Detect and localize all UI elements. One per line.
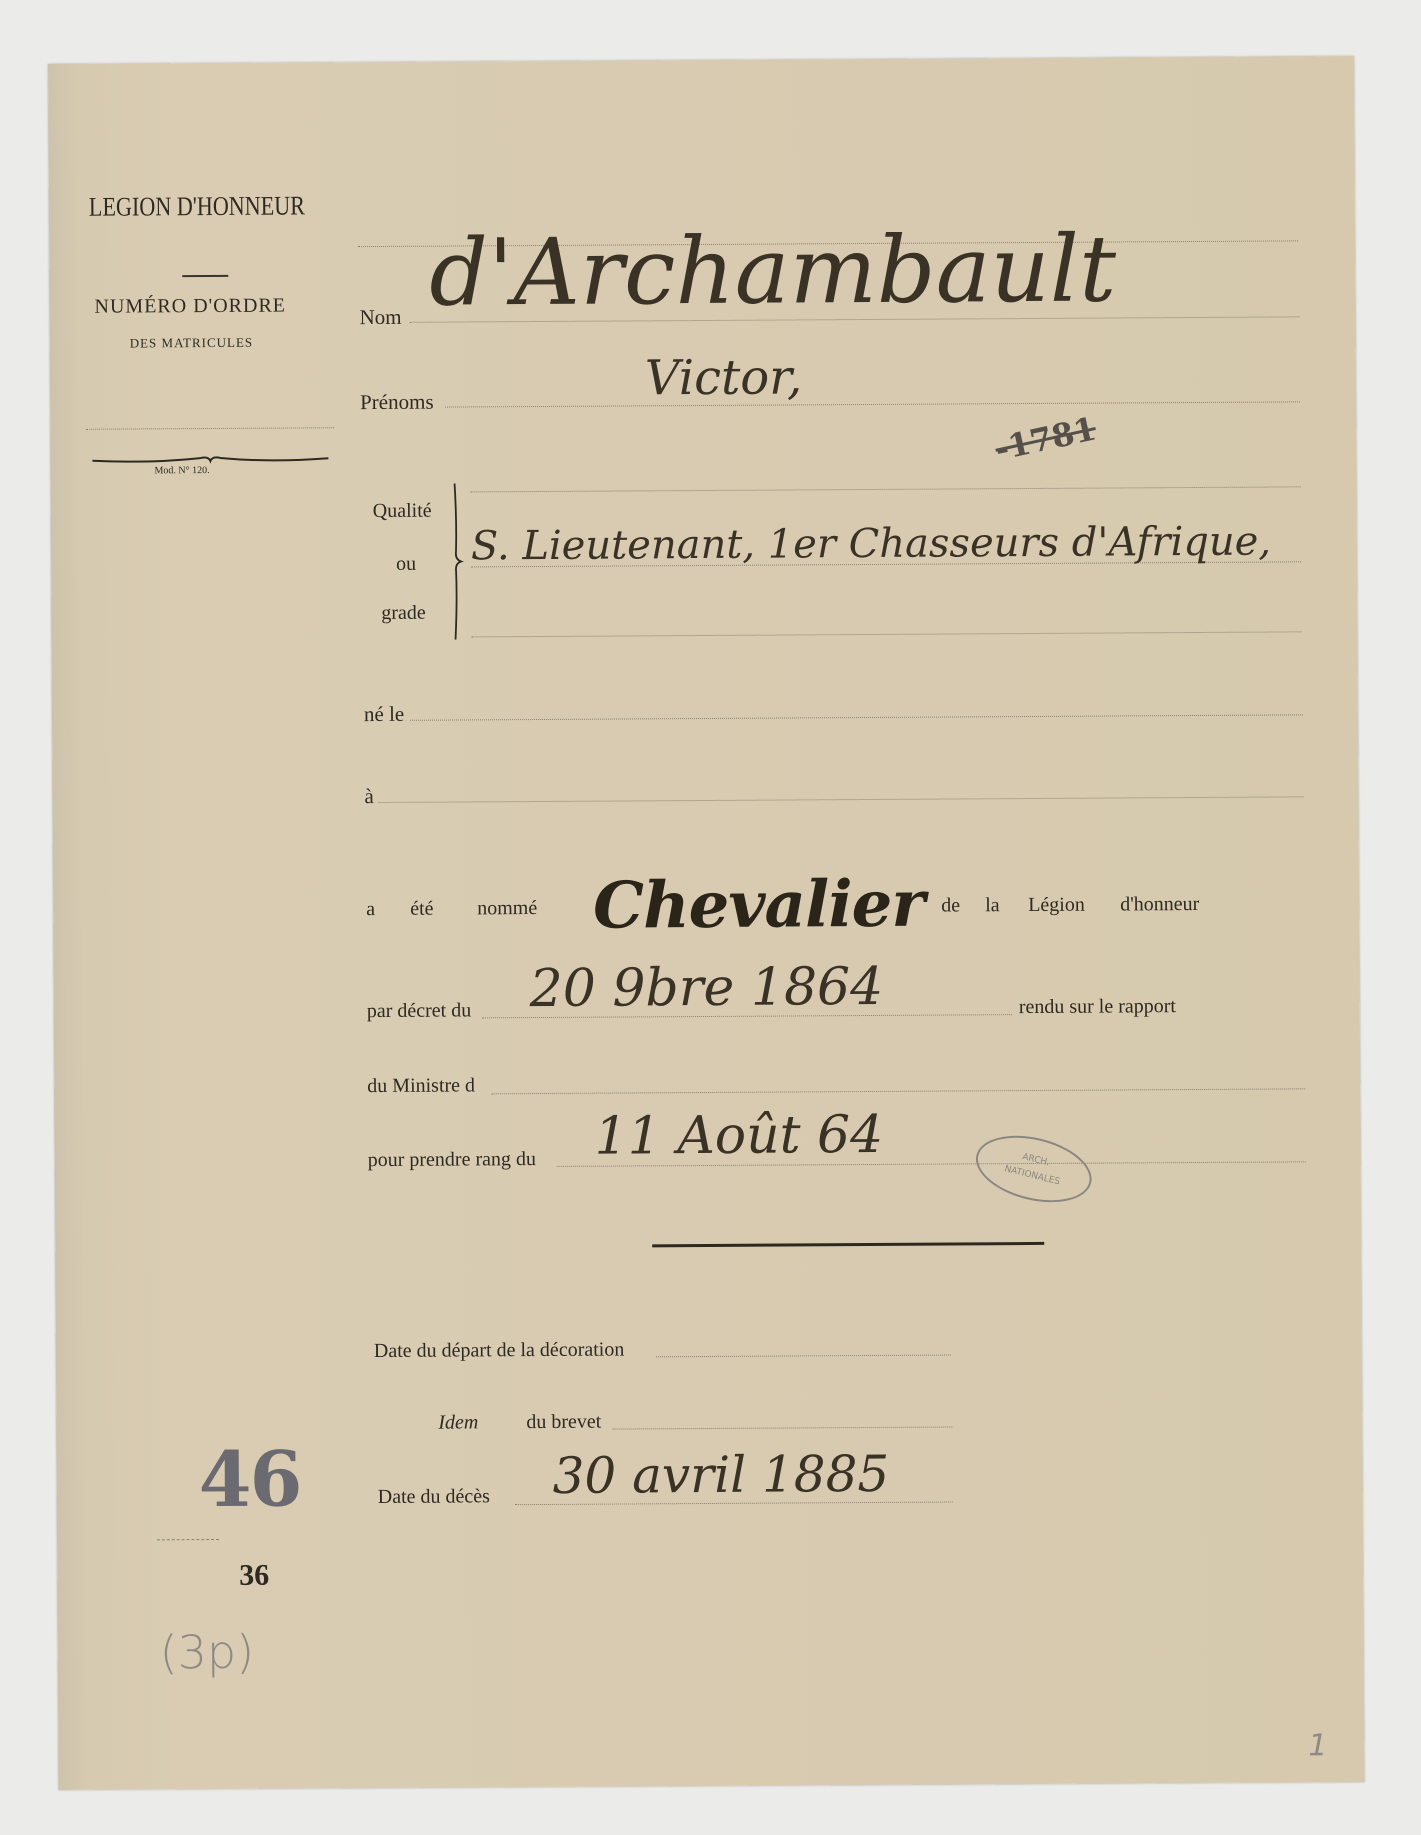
- nom-value[interactable]: d'Archambault: [429, 215, 1117, 326]
- a-field[interactable]: [379, 796, 1304, 803]
- idem-label: Idem: [438, 1411, 478, 1434]
- section-rule: [652, 1242, 1044, 1247]
- ministre-label: du Ministre d: [367, 1074, 475, 1098]
- rapport-label: rendu sur le rapport: [1019, 995, 1176, 1019]
- a-label: à: [364, 784, 373, 809]
- decret-label: par décret du: [367, 999, 472, 1023]
- qualite-top-line: [471, 486, 1301, 492]
- pencil-note: (3p): [160, 1625, 255, 1680]
- brevet-field[interactable]: [612, 1427, 952, 1430]
- depart-field[interactable]: [656, 1355, 951, 1358]
- page-number: 1: [1308, 1728, 1327, 1763]
- legion-word-legion: Légion: [1028, 894, 1085, 917]
- qualite-value[interactable]: S. Lieutenant, 1er Chasseurs d'Afrique,: [471, 519, 1271, 570]
- header-subtitle2: DES MATRICULES: [130, 335, 254, 352]
- nom-label: Nom: [359, 305, 401, 330]
- printed-number: 36: [239, 1559, 269, 1593]
- header-title: LEGION D'HONNEUR: [89, 190, 353, 223]
- prenoms-line: [445, 401, 1300, 407]
- archives-stamp: ARCH. NATIONALES: [969, 1125, 1098, 1213]
- deces-value[interactable]: 30 avril 1885: [552, 1445, 889, 1505]
- qualite-label: Qualité: [373, 500, 432, 523]
- grade-label: grade: [381, 602, 426, 625]
- header-subtitle: NUMÉRO D'ORDRE: [94, 295, 286, 319]
- depart-label: Date du départ de la décoration: [374, 1339, 625, 1364]
- rang-label: pour prendre rang du: [368, 1148, 536, 1172]
- ornament-rule-icon: [90, 452, 330, 465]
- header-number-line: [86, 427, 334, 430]
- header-title-text: LEGION D'HONNEUR: [89, 190, 305, 222]
- ne-le-field[interactable]: [410, 714, 1303, 720]
- deces-label: Date du décès: [378, 1485, 490, 1509]
- rank-title: Chevalier: [593, 867, 924, 944]
- document-sheet: LEGION D'HONNEUR NUMÉRO D'ORDRE DES MATR…: [48, 56, 1365, 1790]
- header-short-rule: [182, 275, 228, 277]
- ou-label: ou: [396, 553, 416, 576]
- legion-word-la: la: [985, 894, 1000, 917]
- nomme-word-a: a: [366, 898, 375, 921]
- model-number: Mod. N° 120.: [154, 465, 209, 476]
- crossed-out-number: -1781: [991, 409, 1099, 468]
- brevet-label: du brevet: [526, 1411, 601, 1434]
- nomme-word-nomme: nommé: [477, 897, 537, 920]
- decret-value[interactable]: 20 9bre 1864: [529, 957, 883, 1019]
- prenoms-value[interactable]: Victor,: [645, 349, 803, 406]
- prenoms-label: Prénoms: [360, 390, 434, 415]
- legion-word-honneur: d'honneur: [1120, 893, 1199, 916]
- margin-dashes: [157, 1539, 219, 1540]
- rang-value[interactable]: 11 Août 64: [594, 1105, 883, 1167]
- stamped-number: 46: [198, 1434, 300, 1524]
- bracket-icon: [451, 481, 472, 641]
- qualite-bottom-line: [472, 631, 1302, 637]
- ministre-field[interactable]: [491, 1088, 1305, 1094]
- legion-word-de: de: [941, 894, 960, 917]
- ne-le-label: né le: [364, 702, 404, 727]
- nomme-word-ete: été: [410, 898, 433, 921]
